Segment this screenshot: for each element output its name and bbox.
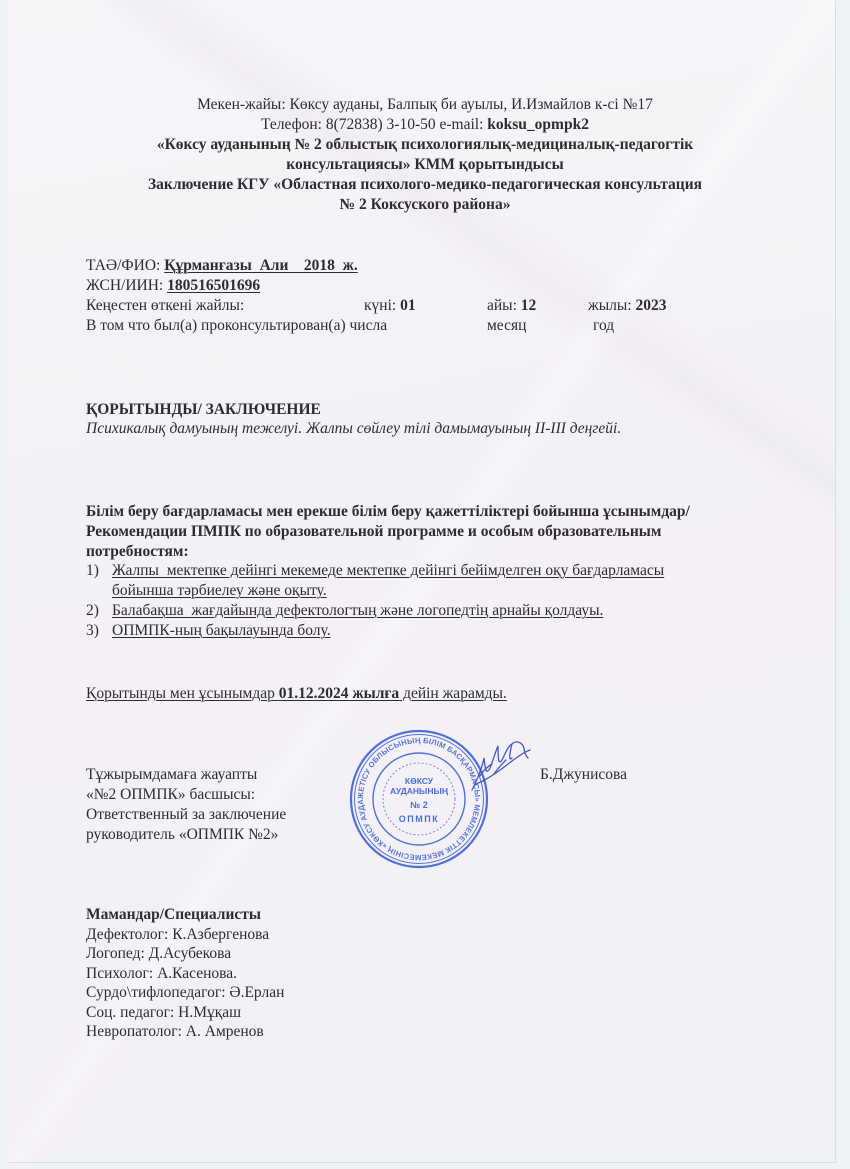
recommendation-item: 2) Балабақша жағдайында дефектологтың жә… [86, 601, 766, 621]
specialist-item: Соц. педагог: Н.Мұқаш [86, 1003, 284, 1023]
org-title-kz-2: консультациясы» КММ қорытындысы [0, 155, 850, 175]
stamp-center-line-2: АУДАНЫНЫҢ [390, 786, 449, 796]
validity-prefix: Қорытынды мен ұсынымдар [86, 685, 279, 702]
day-value: 01 [400, 297, 416, 314]
signature-scribble-icon [468, 738, 538, 798]
org-title-ru-1: Заключение КГУ «Областная психолого-меди… [0, 175, 850, 195]
address-line: Мекен-жайы: Көксу ауданы, Балпық би ауыл… [0, 95, 850, 115]
recommendations-title-3: потребностям: [86, 542, 189, 562]
year-value: 2023 [635, 297, 666, 314]
responsible-line-2: «№2 ОПМПК» басшысы: [86, 785, 255, 805]
patient-name-row: ТАӘ/ФИО: Құрманғазы Али 2018 ж. [86, 256, 358, 276]
recommendations-list: 1) Жалпы мектепке дейінгі мекемеде мекте… [86, 561, 766, 641]
month-value: 12 [521, 297, 537, 314]
month-label-ru: месяц [487, 316, 526, 336]
responsible-line-3: Ответственный за заключение [86, 805, 286, 825]
validity-suffix: дейін жарамды. [399, 685, 507, 702]
recommendation-text: Жалпы мектепке дейінгі мекемеде мектепке… [112, 562, 664, 579]
specialist-item: Дефектолог: К.Азбергенова [86, 925, 284, 945]
recommendation-text: ОПМПК-ның бақылауында болу. [112, 622, 331, 639]
stamp-center-line-4: ОПМПК [399, 814, 439, 824]
consult-label-ru: В том что был(а) проконсультирован(а) чи… [86, 316, 387, 336]
year-label: жылы: [588, 297, 635, 314]
stamp-center-line-1: КӨКСУ [405, 776, 434, 786]
phone-text: Телефон: 8(72838) 3-10-50 e-mail: [261, 116, 487, 133]
responsible-line-1: Тұжырымдамаға жауапты [86, 765, 257, 785]
specialists-title: Мамандар/Специалисты [86, 905, 284, 925]
recommendation-number: 3) [86, 621, 99, 641]
patient-iin-row: ЖСН/ИИН: 180516501696 [86, 276, 260, 296]
responsible-line-4: руководитель «ОПМПК №2» [86, 825, 278, 845]
patient-name-label: ТАӘ/ФИО: [86, 257, 164, 274]
validity-date: 01.12.2024 жылға [279, 685, 399, 702]
signature [468, 738, 538, 798]
recommendation-number: 1) [86, 561, 99, 581]
consult-month: айы: 12 [487, 296, 536, 316]
year-label-ru: год [593, 316, 614, 336]
recommendation-item: 1) Жалпы мектепке дейінгі мекемеде мекте… [86, 561, 766, 601]
conclusion-text: Психикалық дамуының тежелуі. Жалпы сөйле… [86, 419, 621, 439]
month-label: айы: [487, 297, 521, 314]
specialist-item: Логопед: Д.Асубекова [86, 944, 284, 964]
specialist-item: Психолог: А.Касенова. [86, 964, 284, 984]
patient-iin-label: ЖСН/ИИН: [86, 277, 167, 294]
consult-label-kz: Кеңестен өткені жайлы: [86, 296, 244, 316]
conclusion-title: ҚОРЫТЫНДЫ/ ЗАКЛЮЧЕНИЕ [86, 400, 321, 420]
email-text: koksu_opmpk2 [487, 116, 589, 133]
org-title-kz-1: «Көксу ауданының № 2 облыстық психология… [0, 135, 850, 155]
recommendation-number: 2) [86, 601, 99, 621]
recommendation-item: 3) ОПМПК-ның бақылауында болу. [86, 621, 766, 641]
recommendations-title-2: Рекомендации ПМПК по образовательной про… [86, 522, 661, 542]
specialists-block: Мамандар/Специалисты Дефектолог: К.Азбер… [86, 905, 284, 1042]
day-label: күні: [364, 297, 400, 314]
recommendations-title-1: Білім беру бағдарламасы мен ерекше білім… [86, 502, 690, 522]
patient-iin-value: 180516501696 [167, 277, 260, 294]
stamp-center-line-3: № 2 [410, 800, 428, 810]
validity-line: Қорытынды мен ұсынымдар 01.12.2024 жылға… [86, 684, 507, 704]
signer-name: Б.Джунисова [540, 765, 627, 785]
patient-name-value: Құрманғазы Али 2018 ж. [164, 257, 358, 274]
consult-day: күні: 01 [364, 296, 416, 316]
specialist-item: Сурдо\тифлопедагог: Ә.Ерлан [86, 983, 284, 1003]
consult-year: жылы: 2023 [588, 296, 666, 316]
recommendation-text-cont: бойынша тәрбиелеу және оқыту. [112, 582, 327, 599]
recommendation-text: Балабақша жағдайында дефектологтың және … [112, 602, 603, 619]
specialist-item: Невропатолог: А. Амренов [86, 1022, 284, 1042]
contact-line: Телефон: 8(72838) 3-10-50 e-mail: koksu_… [0, 115, 850, 135]
org-title-ru-2: № 2 Коксуского района» [0, 195, 850, 215]
